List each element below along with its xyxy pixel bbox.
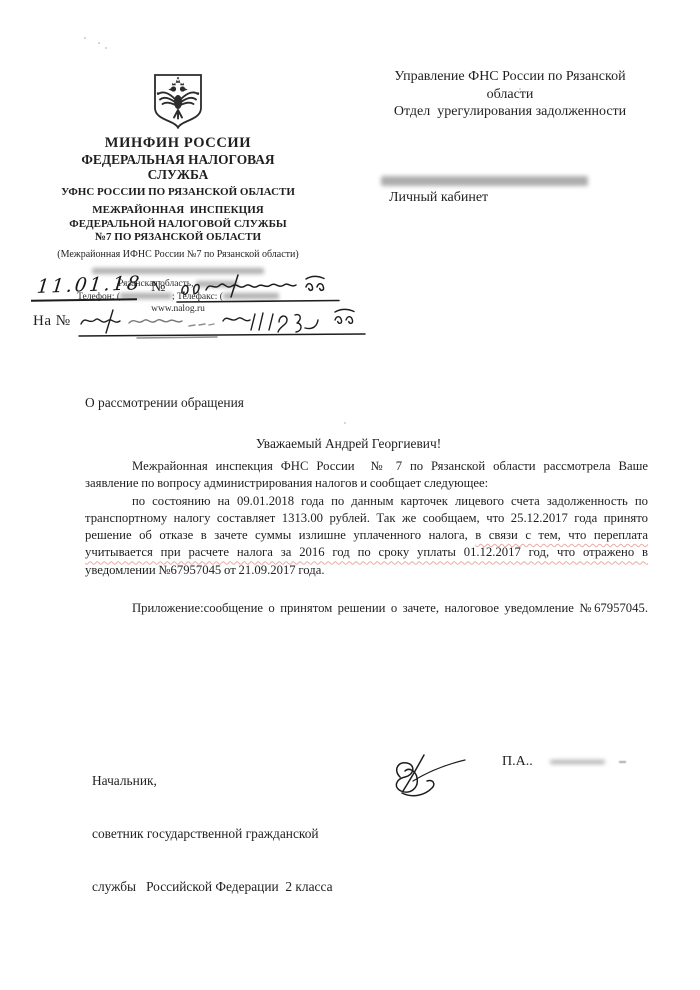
body-line: заявление по вопросу администрирования н… xyxy=(85,475,648,492)
department-line1: Управление ФНС России по Рязанской xyxy=(389,68,631,86)
attachment-line: Приложение:сообщение о принятом решении … xyxy=(85,600,648,617)
signer-title-line2: советник государственной гражданской xyxy=(92,825,333,843)
handwritten-outgoing-number xyxy=(176,272,342,306)
salutation: Уважаемый Андрей Георгиевич! xyxy=(85,436,612,452)
body-line: учитывается при расчете налога за 2016 г… xyxy=(85,544,648,561)
service-name: ФЕДЕРАЛЬНАЯ НАЛОГОВАЯ СЛУЖБА xyxy=(53,152,303,182)
scan-speckle xyxy=(98,42,100,44)
body-text: решение об отказе в зачете суммы излишне… xyxy=(85,528,475,542)
scan-speckle xyxy=(84,37,86,39)
body-text-red-wavy-underline: в связи с тем, что переплата xyxy=(475,528,648,542)
recipient-department: Управление ФНС России по Рязанской облас… xyxy=(389,68,631,121)
body-text: по состоянию на 09.01.2018 года по данны… xyxy=(132,494,648,508)
scan-speckle xyxy=(105,47,107,49)
body-text-red-wavy-underline: учитывается при расчете налога за 2016 г… xyxy=(85,545,648,559)
body-line: Межрайонная инспекция ФНС России № 7 по … xyxy=(85,458,648,475)
ministry-name: МИНФИН РОССИИ xyxy=(53,136,303,151)
department-line2: области xyxy=(389,86,631,104)
scan-speckle xyxy=(344,422,346,424)
reply-to-label: На № xyxy=(33,313,71,330)
signer-title-line1: Начальник, xyxy=(92,772,333,790)
body-text: Межрайонная инспекция ФНС России № 7 по … xyxy=(132,459,648,473)
handwritten-incoming-number xyxy=(77,308,369,340)
delivery-method: Личный кабинет xyxy=(389,190,488,206)
body-line: по состоянию на 09.01.2018 года по данны… xyxy=(85,493,648,510)
signer-initials-row: П.А.. xyxy=(502,754,626,770)
department-line3: Отдел урегулирования задолженности xyxy=(389,103,631,121)
body-paragraph: Межрайонная инспекция ФНС России № 7 по … xyxy=(85,458,648,579)
body-text: транспортному налогу составляет 1313.00 … xyxy=(85,511,648,525)
pen-dash-mark xyxy=(619,761,626,763)
signer-title-line3: службы Российской Федерации 2 класса xyxy=(92,878,333,896)
scanned-letter-page: МИНФИН РОССИИ ФЕДЕРАЛЬНАЯ НАЛОГОВАЯ СЛУЖ… xyxy=(0,0,700,990)
body-text: уведомлении №67957045 от 21.09.2017 года… xyxy=(85,563,325,577)
signer-surname-redacted xyxy=(550,760,605,764)
russia-coat-of-arms-icon xyxy=(151,72,205,129)
signer-title: Начальник, советник государственной граж… xyxy=(92,736,333,932)
handwritten-signature xyxy=(388,750,470,800)
body-text: заявление по вопросу администрирования н… xyxy=(85,476,488,490)
body-line: транспортному налогу составляет 1313.00 … xyxy=(85,510,648,527)
handwritten-date: 11.01.18 xyxy=(36,272,143,298)
body-line: решение об отказе в зачете суммы излишне… xyxy=(85,527,648,544)
ufns-region-line: УФНС РОССИИ ПО РЯЗАНСКОЙ ОБЛАСТИ xyxy=(53,186,303,199)
signer-initials: П.А.. xyxy=(502,754,533,769)
inspection-name: МЕЖРАЙОННАЯ ИНСПЕКЦИЯ ФЕДЕРАЛЬНОЙ НАЛОГО… xyxy=(53,204,303,245)
addressee-name-redacted xyxy=(381,176,588,186)
number-label: № xyxy=(151,279,165,296)
inspection-short-name: (Межрайонная ИФНС России №7 по Рязанской… xyxy=(53,249,303,261)
body-line: уведомлении №67957045 от 21.09.2017 года… xyxy=(85,562,648,579)
subject-line: О рассмотрении обращения xyxy=(85,395,244,411)
